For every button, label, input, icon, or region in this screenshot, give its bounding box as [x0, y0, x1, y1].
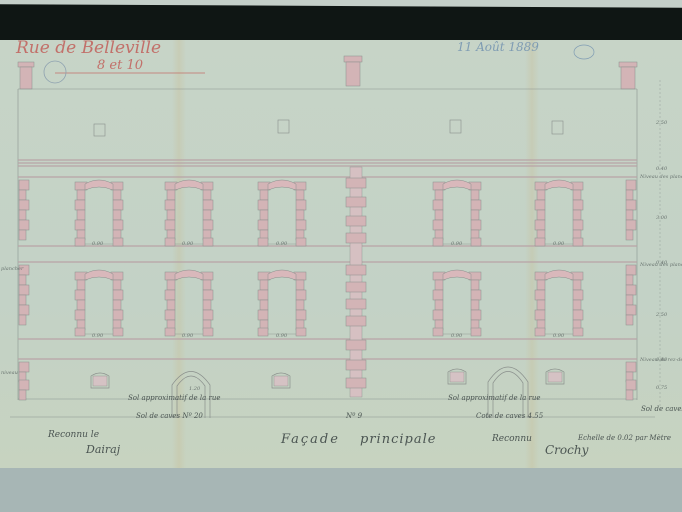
window-width-label: 0.90: [182, 333, 193, 339]
dimension-label: 2.50: [656, 120, 667, 126]
level-label-left: Sol de caves Nº 20: [136, 412, 203, 420]
window-width-label: 0.90: [276, 333, 287, 339]
side-note-right: Niveau des planchers: [640, 174, 682, 180]
drawing-title-right: principale: [360, 432, 436, 447]
side-note-left: niveau: [1, 370, 18, 376]
scale-note: Echelle de 0.02 par Mètre: [578, 434, 671, 442]
signature-right: Crochy: [545, 443, 588, 457]
chimney-left: [18, 62, 34, 89]
basement-vent: [448, 369, 466, 384]
window-width-label: 0.90: [276, 241, 287, 247]
window-width-label: 0.90: [451, 333, 462, 339]
level-label-right: Cote de caves 4.55: [476, 412, 543, 420]
right-quoins: [626, 180, 636, 400]
ground-label-right: Sol approximatif de la rue: [448, 394, 541, 402]
right-ground-note: Sol de caves: [641, 405, 682, 413]
window-width-label: 0.90: [451, 241, 462, 247]
chimney-right: [619, 62, 637, 89]
dimension-label: 0.75: [656, 385, 667, 391]
recognition-note-left: Reconnu le: [48, 430, 99, 440]
window-width-label: 0.90: [92, 241, 103, 247]
basement-vent: [91, 373, 109, 388]
side-note-right: Niveau du rez-de-chaussée: [640, 357, 682, 363]
basement-vent: [546, 369, 564, 384]
chimney-center: [344, 56, 362, 86]
left-quoins: [19, 180, 29, 400]
recognition-note-center: Reconnu: [492, 434, 532, 444]
side-note-right: Niveau des planchers: [640, 262, 682, 268]
drawing-title-left: Façade: [281, 432, 340, 447]
street-numbers: 8 et 10: [97, 58, 143, 73]
window-width-label: 0.90: [182, 241, 193, 247]
windows-second-floor: [75, 180, 583, 246]
basement-vent: [272, 373, 290, 388]
ground-label-left: Sol approximatif de la rue: [128, 394, 221, 402]
center-pilaster: [346, 167, 366, 397]
center-mark: Nº 9: [346, 412, 362, 420]
window-width-label: 0.90: [553, 333, 564, 339]
street-heading: Rue de Belleville: [16, 38, 161, 58]
arched-doorway-right: [488, 367, 528, 418]
windows-first-floor: [75, 270, 583, 336]
signature-left: Dairaj: [86, 443, 120, 456]
side-note-left: plancher: [1, 266, 23, 272]
dimension-label: 2.50: [656, 312, 667, 318]
date-note: 11 Août 1889: [457, 40, 539, 54]
dimension-label: 3.00: [656, 215, 667, 221]
dimension-label: 0.40: [656, 166, 667, 172]
window-width-label: 0.90: [553, 241, 564, 247]
window-width-label: 0.90: [92, 333, 103, 339]
arch-width-label: 1.20: [189, 386, 200, 392]
